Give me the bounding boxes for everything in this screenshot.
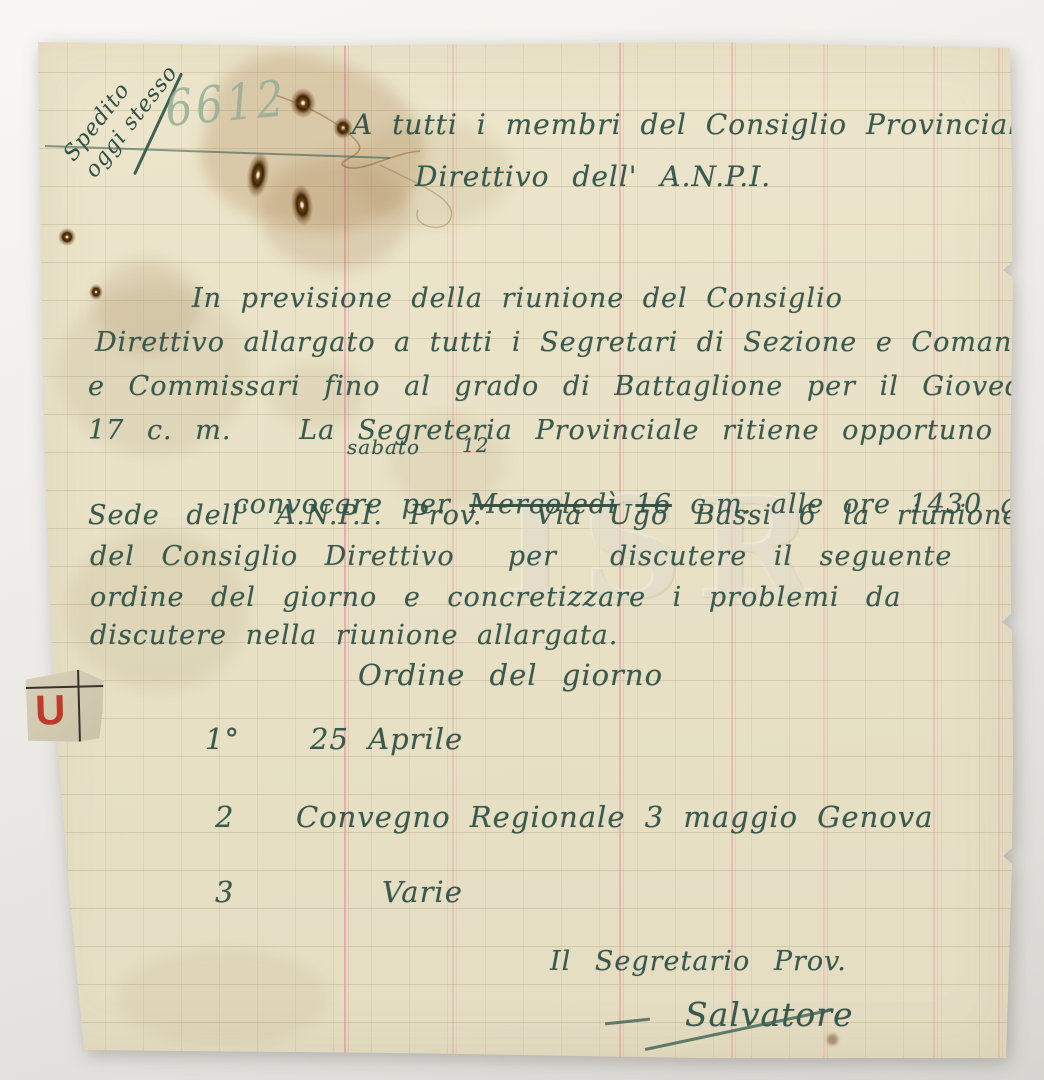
stain-speck	[827, 1034, 838, 1045]
stain-blob	[118, 950, 328, 1045]
agenda-item-text: Varie	[382, 875, 463, 909]
body-line: In previsione della riunione del Consigl…	[192, 283, 843, 314]
body-line: discutere nella riunione allargata.	[90, 620, 618, 651]
sticker-cross-vline	[77, 670, 81, 742]
archive-tab-letter: U	[34, 686, 66, 735]
burn-hole	[58, 228, 76, 246]
burn-hole	[290, 88, 316, 118]
paper-shadow-wrap: ISR Speditooggi stesso 6612 A tutti i me…	[0, 0, 1044, 1080]
agenda-item-number: 1°	[205, 722, 240, 756]
letter-title-line2: Direttivo dell' A.N.P.I.	[415, 160, 771, 193]
document-paper: ISR Speditooggi stesso 6612 A tutti i me…	[30, 35, 1020, 1065]
protocol-number: 6612	[163, 69, 289, 137]
agenda-item-number: 3	[215, 875, 234, 909]
agenda-heading: Ordine del giorno	[358, 658, 663, 692]
inserted-date: 12	[462, 433, 489, 457]
body-line: del Consiglio Direttivo per discutere il…	[90, 541, 952, 572]
body-line: Direttivo allargato a tutti i Segretari …	[95, 327, 1044, 358]
inserted-day: sabato	[347, 435, 420, 459]
signature-name: Salvatore	[685, 995, 854, 1034]
burn-hole	[333, 117, 353, 139]
agenda-item-text: 25 Aprile	[310, 722, 463, 756]
archive-tab-sticker: U	[23, 669, 105, 743]
body-line: Sede dell' A.N.P.I. Prov. Via Ugo Bassi …	[88, 500, 1019, 531]
letter-title-line1: A tutti i membri del Consiglio Provincia…	[352, 108, 1036, 141]
closing-role: Il Segretario Prov.	[550, 946, 847, 977]
scan-background: ISR Speditooggi stesso 6612 A tutti i me…	[0, 0, 1044, 1080]
signature-dash-stroke	[605, 1018, 650, 1025]
body-line: 17 c. m. La Segreteria Provinciale ritie…	[88, 415, 993, 446]
body-line: ordine del giorno e concretizzare i prob…	[90, 582, 901, 613]
body-line: e Commissari fino al grado di Battaglion…	[88, 371, 1033, 402]
agenda-item-number: 2	[215, 800, 234, 834]
burn-hole	[89, 284, 103, 300]
agenda-item-text: Convegno Regionale 3 maggio Genova	[296, 800, 933, 834]
